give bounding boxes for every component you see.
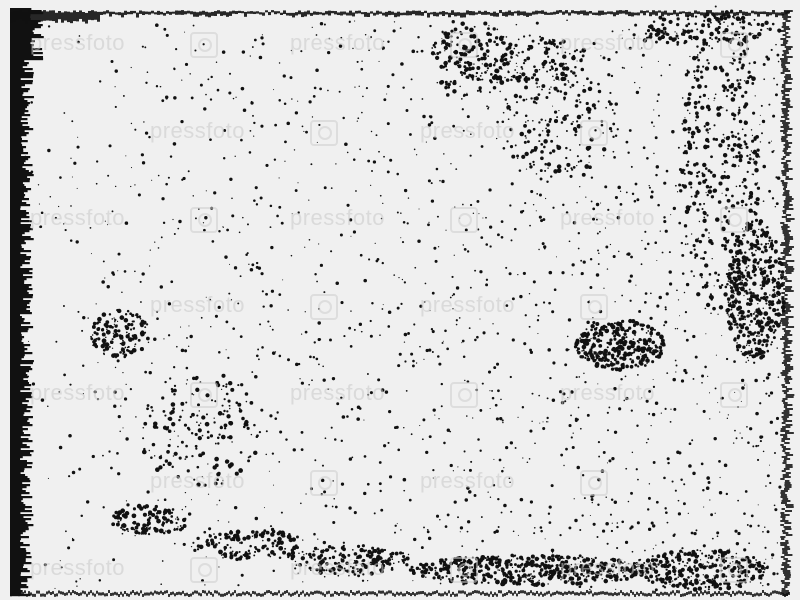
grunge-texture-canvas (0, 0, 800, 600)
